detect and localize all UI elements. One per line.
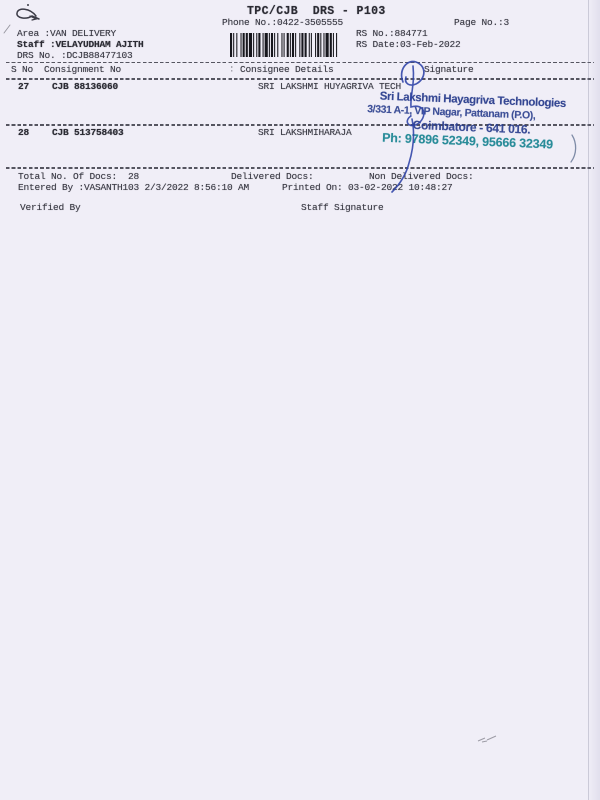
separator-line (6, 124, 594, 126)
entered-by-field: Entered By :VASANTH103 2/3/2022 8:56:10 … (18, 183, 249, 193)
total-docs-field: Total No. Of Docs: 28 (18, 172, 139, 182)
rs-date-field: RS Date:03-Feb-2022 (356, 40, 461, 50)
staff-signature-label: Staff Signature (301, 203, 384, 213)
scan-speck (231, 66, 232, 72)
row-consignee: SRI LAKSHMI HUYAGRIVA TECH (258, 82, 401, 92)
row-consignee: SRI LAKSHMIHARAJA (258, 128, 352, 138)
area-field: Area :VAN DELIVERY (17, 29, 116, 39)
smudge-mark (478, 736, 496, 742)
row-consignment-no: CJB 88136060 (52, 82, 118, 92)
row-sno: 28 (18, 128, 29, 138)
rs-no-field: RS No.:884771 (356, 29, 428, 39)
staff-field: Staff :VELAYUDHAM AJITH (17, 40, 144, 50)
stamp-address: 3/331 A-1, VIP Nagar, Pattanam (P.O), (367, 103, 536, 122)
separator-line (6, 167, 594, 169)
separator-line (6, 78, 594, 80)
col-header-consignment: Consignment No (44, 65, 121, 75)
printed-on-field: Printed On: 03-02-2022 10:48:27 (282, 183, 453, 193)
barcode-icon (230, 33, 342, 57)
row-consignment-no: CJB 513758403 (52, 128, 124, 138)
phone-number: Phone No.:0422-3505555 (222, 18, 343, 28)
document-title: TPC/CJB DRS - P103 (247, 7, 386, 17)
col-header-sno: S No (11, 65, 33, 75)
delivered-docs-label: Delivered Docs: (231, 172, 314, 182)
non-delivered-docs-label: Non Delivered Docs: (369, 172, 474, 182)
row-sno: 27 (18, 82, 29, 92)
stamp-city: Coimbatore - 641 016. (412, 118, 530, 137)
col-header-signature: Signature (424, 65, 474, 75)
stamp-edge-mark (571, 135, 576, 162)
page-number: Page No.:3 (454, 18, 509, 28)
scanned-drs-document: TPC/CJB DRS - P103 Phone No.:0422-350555… (0, 0, 600, 800)
scan-edge-line (588, 0, 589, 800)
scan-edge-shadow (588, 0, 600, 800)
stamp-company-name: Sri Lakshmi Hayagriva Technologies (380, 91, 567, 110)
drs-no-field: DRS No. :DCJB88477103 (17, 51, 133, 61)
col-header-consignee: Consignee Details (240, 65, 334, 75)
verified-by-label: Verified By (20, 203, 81, 213)
stamp-phone: Ph: 97896 52349, 95666 32349 (382, 131, 553, 152)
separator-line (6, 62, 594, 64)
